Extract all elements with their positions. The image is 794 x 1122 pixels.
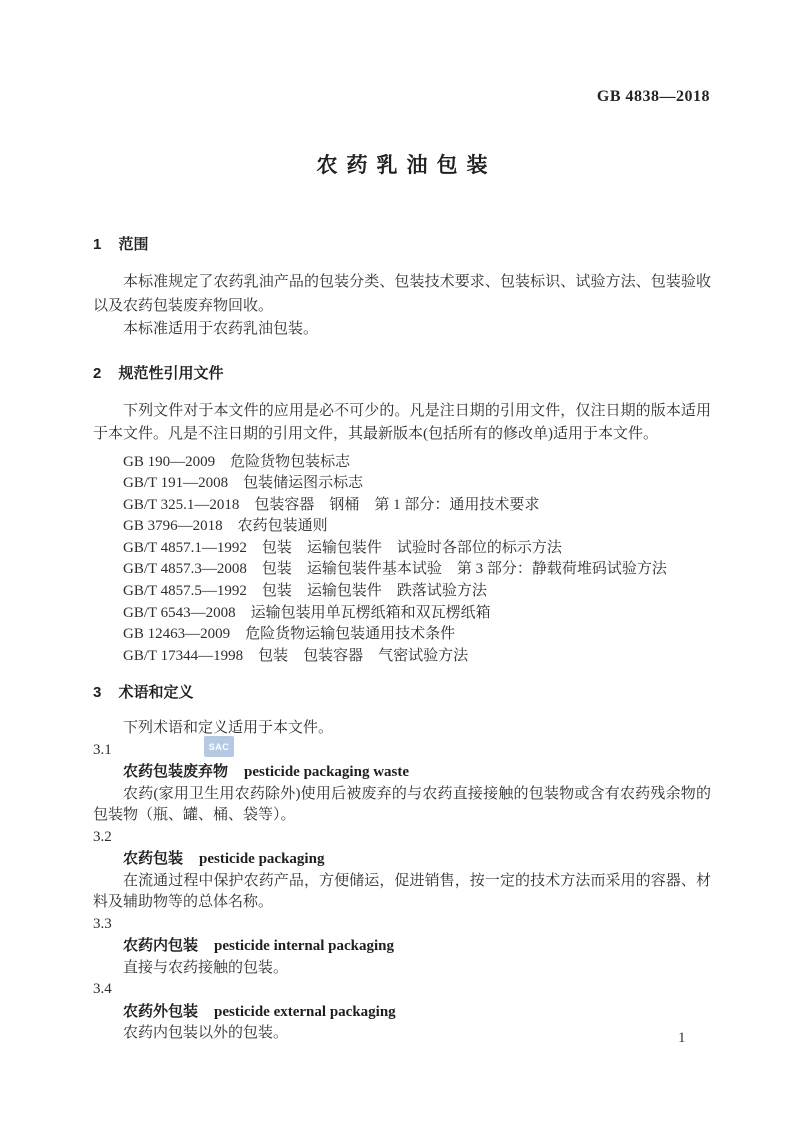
scope-paragraph-2: 本标准适用于农药乳油包装。	[93, 318, 711, 342]
term-title: 农药包装pesticide packaging	[93, 848, 711, 871]
term-title-zh: 农药外包装	[123, 1003, 198, 1020]
reference-item: GB/T 6543—2008 运输包装用单瓦楞纸箱和双瓦楞纸箱	[93, 603, 711, 625]
term-number: 3.3	[93, 914, 711, 936]
term-definition: 农药内包装以外的包装。	[93, 1023, 711, 1045]
scope-paragraph-1: 本标准规定了农药乳油产品的包装分类、包装技术要求、包装标识、试验方法、包装验收以…	[93, 271, 711, 318]
term-title: 农药包装废弃物pesticide packaging waste	[93, 761, 711, 784]
term-entry-3-1: 3.1 农药包装废弃物pesticide packaging waste 农药(…	[93, 740, 711, 827]
term-entry-3-4: 3.4 农药外包装pesticide external packaging 农药…	[93, 979, 711, 1045]
term-title-en: pesticide packaging waste	[244, 764, 409, 780]
term-definition: 在流通过程中保护农药产品，方便储运，促进销售，按一定的技术方法而采用的容器、材料…	[93, 871, 711, 914]
term-entry-3-2: 3.2 农药包装pesticide packaging 在流通过程中保护农药产品…	[93, 827, 711, 914]
section-terms-heading: 3 术语和定义	[93, 683, 711, 703]
reference-item: GB 190—2009 危险货物包装标志	[93, 452, 711, 474]
reference-item: GB/T 191—2008 包装储运图示标志	[93, 473, 711, 495]
term-number: 3.1	[93, 740, 711, 762]
section-references-title: 规范性引用文件	[119, 365, 224, 382]
reference-item: GB/T 4857.3—2008 包装 运输包装件基本试验 第 3 部分：静载荷…	[93, 559, 711, 581]
term-definition: 农药(家用卫生用农药除外)使用后被废弃的与农药直接接触的包装物或含有农药残余物的…	[93, 784, 711, 827]
reference-item: GB 12463—2009 危险货物运输包装通用技术条件	[93, 624, 711, 646]
term-number: 3.2	[93, 827, 711, 849]
document-page: GB 4838—2018 SAC 农药乳油包装 1 范围 本标准规定了农药乳油产…	[0, 0, 794, 1122]
section-scope-number: 1	[93, 235, 101, 255]
section-terms-title: 术语和定义	[119, 684, 194, 701]
reference-item: GB/T 4857.5—1992 包装 运输包装件 跌落试验方法	[93, 581, 711, 603]
page-number: 1	[678, 1030, 686, 1047]
section-scope-heading: 1 范围	[93, 235, 711, 255]
terms-intro: 下列术语和定义适用于本文件。	[93, 718, 711, 740]
section-terms-number: 3	[93, 683, 101, 703]
term-definition: 直接与农药接触的包装。	[93, 958, 711, 980]
document-body: 农药乳油包装 1 范围 本标准规定了农药乳油产品的包装分类、包装技术要求、包装标…	[93, 0, 711, 1045]
term-title-zh: 农药包装废弃物	[123, 763, 228, 780]
term-title-en: pesticide external packaging	[214, 1004, 396, 1020]
reference-item: GB 3796—2018 农药包装通则	[93, 516, 711, 538]
term-entry-3-3: 3.3 农药内包装pesticide internal packaging 直接…	[93, 914, 711, 980]
reference-item: GB/T 325.1—2018 包装容器 钢桶 第 1 部分：通用技术要求	[93, 495, 711, 517]
document-title: 农药乳油包装	[93, 150, 711, 182]
section-references-number: 2	[93, 364, 101, 384]
term-title: 农药外包装pesticide external packaging	[93, 1001, 711, 1024]
term-number: 3.4	[93, 979, 711, 1001]
term-title-en: pesticide packaging	[199, 851, 324, 867]
term-title-zh: 农药内包装	[123, 937, 198, 954]
section-scope-title: 范围	[119, 236, 149, 253]
reference-item: GB/T 4857.1—1992 包装 运输包装件 试验时各部位的标示方法	[93, 538, 711, 560]
references-intro: 下列文件对于本文件的应用是必不可少的。凡是注日期的引用文件，仅注日期的版本适用于…	[93, 400, 711, 447]
term-title-zh: 农药包装	[123, 850, 183, 867]
reference-item: GB/T 17344—1998 包装 包装容器 气密试验方法	[93, 646, 711, 668]
term-title-en: pesticide internal packaging	[214, 938, 394, 954]
term-title: 农药内包装pesticide internal packaging	[93, 935, 711, 958]
section-references-heading: 2 规范性引用文件	[93, 364, 711, 384]
references-list: GB 190—2009 危险货物包装标志 GB/T 191—2008 包装储运图…	[93, 452, 711, 668]
